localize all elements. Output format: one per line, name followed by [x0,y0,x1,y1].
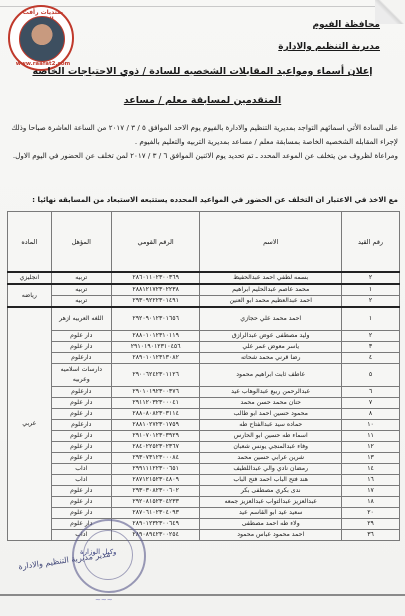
cell-national-id: ٢٨٤٠٢٢٥٢٣٠٢٣٦٧ [111,442,199,453]
cell-seq: ١٣ [342,453,400,464]
cell-seq: ٣٦ [342,530,400,541]
table-row: ١احمد محمد علي حجازي٢٩٢٠٩٠١٢٣٠١٦٥٦اللغه … [8,307,400,331]
table-row: ١محمد عاصم عبدالحليم ابراهيم٢٨٨١٢١٧٢٣٠٢٢… [8,284,400,296]
cell-national-id: ٢٩٣٠٩٢٢٢٣٠١٤٩١ [111,296,199,308]
cell-qualification: اللغه العربيه ازهر [51,307,111,331]
cell-name: سعيد عيد ابو القاسم عيد [200,508,342,519]
watermark-logo: منتديات رأفت الحلفي www.raafat2.com [8,5,74,71]
table-row: ٢٠سعيد عيد ابو القاسم عيد٢٨٧٠٦١٠٢٣٠٤٠٩٣د… [8,508,400,519]
cell-national-id: ٢٩٣٠٧٣١٢٣٠٠٠٨٤ [111,453,199,464]
table-body: ٢بسمه لطفي احمد عبدالحفيظ٢٨٦٠١١٠٢٣٠٠٣٦٩ت… [8,272,400,541]
cell-national-id: ٢٩٢٠٩٠١٢٣٠١٦٥٦ [111,307,199,331]
cell-national-id: ٢٩٢٠٨١٥٢٣٠٤٢٣٣ [111,497,199,508]
table-row: ١٢وفاء عبدالمنجي يونس شعبان٢٨٤٠٢٢٥٢٣٠٢٣٦… [8,442,400,453]
cell-national-id: ٢٨٨٠٨٠٨٢٣٠٣١١٤ [111,409,199,420]
table-row: ١٠حماده سيد عبدالفتاح طه٢٨٨١٠٢٧٢٣٠١٧٥٩دا… [8,420,400,431]
cell-seq: ٤ [342,353,400,364]
table-row: ٣ياسر معوض عمر علي٢٩١٠١٩٠١٢٣١٠٤٥٦دار علو… [8,342,400,353]
cell-seq: ١٢ [342,442,400,453]
cell-name: احمد محمود عباس محمود [200,530,342,541]
cell-seq: ١٦ [342,475,400,486]
cell-national-id: ٢٨٨١٠٢٧٢٣٠١٧٥٩ [111,420,199,431]
directorate-heading: مديرية التنظيم والادارة [278,42,380,52]
governorate-heading: محافظة الفيوم [312,20,380,30]
candidates-table: رقم القيد الاسم الرقم القومي المؤهل الما… [7,211,400,541]
document-page: منتديات رأفت الحلفي www.raafat2.com محاف… [0,0,405,616]
table-header-row: رقم القيد الاسم الرقم القومي المؤهل الما… [8,212,400,273]
cell-qualification: دار علوم [51,342,111,353]
cell-national-id: ٢٩١٠٧٠١٢٣٠٣٩٢٩ [111,431,199,442]
cell-name: رضا قرني محمد شحاته [200,353,342,364]
header-subject: الماده [8,212,52,273]
table-row: ١٣شرين عرابي حسين محمد٢٩٣٠٧٣١٢٣٠٠٠٨٤دار … [8,453,400,464]
cell-national-id: ٢٩٣٠٣٠٨٢٣٠٠٦٠٢ [111,486,199,497]
cell-qualification: دار علوم [51,331,111,342]
cell-national-id: ٢٨٦٠١١٠٢٣٠٠٣٦٩ [111,272,199,284]
table-row: ٢احمد عبدالعظيم محمد ابو العنين٢٩٣٠٩٢٢٢٣… [8,296,400,308]
cell-subject: انجليزي [8,272,52,284]
table-row: ١٧ندى بكري مصطفى بكر٢٩٣٠٣٠٨٢٣٠٠٦٠٢دار عل… [8,486,400,497]
table-row: ٨محمود حسين احمد ابو طالب٢٨٨٠٨٠٨٢٣٠٣١١٤د… [8,409,400,420]
cell-seq: ١٨ [342,497,400,508]
cell-seq: ٣ [342,342,400,353]
cell-name: حماده سيد عبدالفتاح طه [200,420,342,431]
cell-national-id: ٢٩١١٢٠٣٢٣٠٠٠٤١ [111,398,199,409]
cell-seq: ٧ [342,398,400,409]
cell-name: محمد عاصم عبدالحليم ابراهيم [200,284,342,296]
cell-seq: ١٤ [342,464,400,475]
exclusion-warning-paragraph: مع الاخذ في الاعتبار ان التخلف عن الحضور… [10,193,398,207]
table-row: ١١اسماء طه حسين ابو الحارس٢٩١٠٧٠١٢٣٠٣٩٢٩… [8,431,400,442]
header-qualification: المؤهل [51,212,111,273]
cell-qualification: دارعلوم [51,387,111,398]
cell-seq: ٢٩ [342,519,400,530]
cell-name: احمد عبدالعظيم محمد ابو العنين [200,296,342,308]
table-row: ٥عاطف ثابت ابراهيم محمود٢٩٠٠٦٢٤٢٣٠١١٢٦دا… [8,364,400,387]
cell-seq: ١٧ [342,486,400,497]
cell-qualification: دار علوم [51,431,111,442]
table-row: ٢وليد مصطفى عوض عبدالرازق٢٨٨٠١٠١٢٣١٠١١٩د… [8,331,400,342]
table-row: ٢بسمه لطفي احمد عبدالحفيظ٢٨٦٠١١٠٢٣٠٠٣٦٩ت… [8,272,400,284]
cell-seq: ٢٠ [342,508,400,519]
cell-name: وليد مصطفى عوض عبدالرازق [200,331,342,342]
cell-national-id: ٢٨٨٠١٠١٢٣١٠١١٩ [111,331,199,342]
cell-seq: ١ [342,284,400,296]
portrait-photo-icon [19,16,65,62]
cell-seq: ١ [342,307,400,331]
cell-seq: ٢ [342,331,400,342]
cell-qualification: دار علوم [51,497,111,508]
cell-name: اسماء طه حسين ابو الحارس [200,431,342,442]
cell-name: عبدالرحمن ربيع عبدالوهاب عيد [200,387,342,398]
table-row: ٦عبدالرحمن ربيع عبدالوهاب عيد٢٩٠١٠١٩٢٣٠٠… [8,387,400,398]
cell-subject: عربي [8,307,52,541]
cell-name: احمد محمد علي حجازي [200,307,342,331]
table-row: ٧حنان محمد حسن محمد٢٩١١٢٠٣٢٣٠٠٠٤١دار علو… [8,398,400,409]
cell-qualification: دارعلوم [51,420,111,431]
cell-qualification: اداب [51,464,111,475]
cell-name: محمود حسين احمد ابو طالب [200,409,342,420]
cell-qualification: تربيه [51,284,111,296]
cell-qualification: تربيه [51,296,111,308]
cell-name: وفاء عبدالمنجي يونس شعبان [200,442,342,453]
cell-name: بسمه لطفي احمد عبدالحفيظ [200,272,342,284]
cell-qualification: دار علوم [51,398,111,409]
cell-subject: رياضه [8,284,52,307]
cell-qualification: تربيه [51,272,111,284]
table-row: ١٤رمضان نادي والي عبداللطيف٢٩٩١١١٢٢٣٠٠٦٥… [8,464,400,475]
cell-seq: ٦ [342,387,400,398]
cell-national-id: ٢٨٩٠١٠١٢٣١٣٠٨٢ [111,353,199,364]
cell-national-id: ٢٩١٠١٩٠١٢٣١٠٤٥٦ [111,342,199,353]
cell-name: ولاء طه احمد مصطفى [200,519,342,530]
cell-name: ندى بكري مصطفى بكر [200,486,342,497]
cell-qualification: دارعلوم [51,353,111,364]
cell-national-id: ٢٩٠٠٦٢٤٢٣٠١١٢٦ [111,364,199,387]
cell-seq: ٥ [342,364,400,387]
cell-seq: ١١ [342,431,400,442]
cell-national-id: ٢٨٨١٢١٧٢٣٠٢٢٣٨ [111,284,199,296]
cell-seq: ٢ [342,296,400,308]
cell-national-id: ٢٨٧١٢١٥٢٣٠٤٨٠٩ [111,475,199,486]
table-row: ٢٩ولاء طه احمد مصطفى٢٨٩٠١٢٣٢٣٠٠٦٤٩دار عل… [8,519,400,530]
cell-seq: ٢ [342,272,400,284]
top-divider [0,6,380,7]
cell-name: ياسر معوض عمر علي [200,342,342,353]
cell-qualification: دار علوم [51,486,111,497]
table-row: ٣٦احمد محمود عباس محمود٢٨٩٠٨٩٤٢٣٠٠٢٥٤ادا… [8,530,400,541]
bottom-divider [0,594,405,596]
makeup-day-paragraph: ومراعاة لظروف من يتخلف عن الموعد المحدد … [10,149,398,163]
interview-schedule-paragraph: على السادة الأتي اسمائهم التواجد بمديرية… [10,121,398,149]
cell-name: رمضان نادي والي عبداللطيف [200,464,342,475]
cell-seq: ١٠ [342,420,400,431]
header-national-id: الرقم القومي [111,212,199,273]
cell-national-id: ٢٨٧٠٦١٠٢٣٠٤٠٩٣ [111,508,199,519]
cell-national-id: ٢٩٩١١١٢٢٣٠٠٦٥١ [111,464,199,475]
header-seq: رقم القيد [342,212,400,273]
cell-name: عاطف ثابت ابراهيم محمود [200,364,342,387]
cell-qualification: دار علوم [51,442,111,453]
announcement-subtitle: المتقدمين لمسابقة معلم / مساعد [0,95,405,106]
table-row: ١٨عبدالعزيز عبدالتواب عبدالعزيز جمعه٢٩٢٠… [8,497,400,508]
cell-name: هند فتح الباب احمد فتح الباب [200,475,342,486]
cell-national-id: ٢٩٠١٠١٩٢٣٠٠٣٧٦ [111,387,199,398]
cell-qualification: دار علوم [51,453,111,464]
cell-seq: ٨ [342,409,400,420]
cell-qualification: دار علوم [51,508,111,519]
cell-name: عبدالعزيز عبدالتواب عبدالعزيز جمعه [200,497,342,508]
cell-name: حنان محمد حسن محمد [200,398,342,409]
cell-qualification: دار علوم [51,409,111,420]
cell-qualification: دارسات اسلاميه وعربيه [51,364,111,387]
table-row: ١٦هند فتح الباب احمد فتح الباب٢٨٧١٢١٥٢٣٠… [8,475,400,486]
header-name: الاسم [200,212,342,273]
handwritten-signature: ~~~ [95,596,113,604]
table-row: ٤رضا قرني محمد شحاته٢٨٩٠١٠١٢٣١٣٠٨٢دارعلو… [8,353,400,364]
cell-qualification: اداب [51,475,111,486]
announcement-title: إعلان أسماء ومواعيد المقابلات الشخصيه لل… [0,66,405,77]
cell-name: شرين عرابي حسين محمد [200,453,342,464]
